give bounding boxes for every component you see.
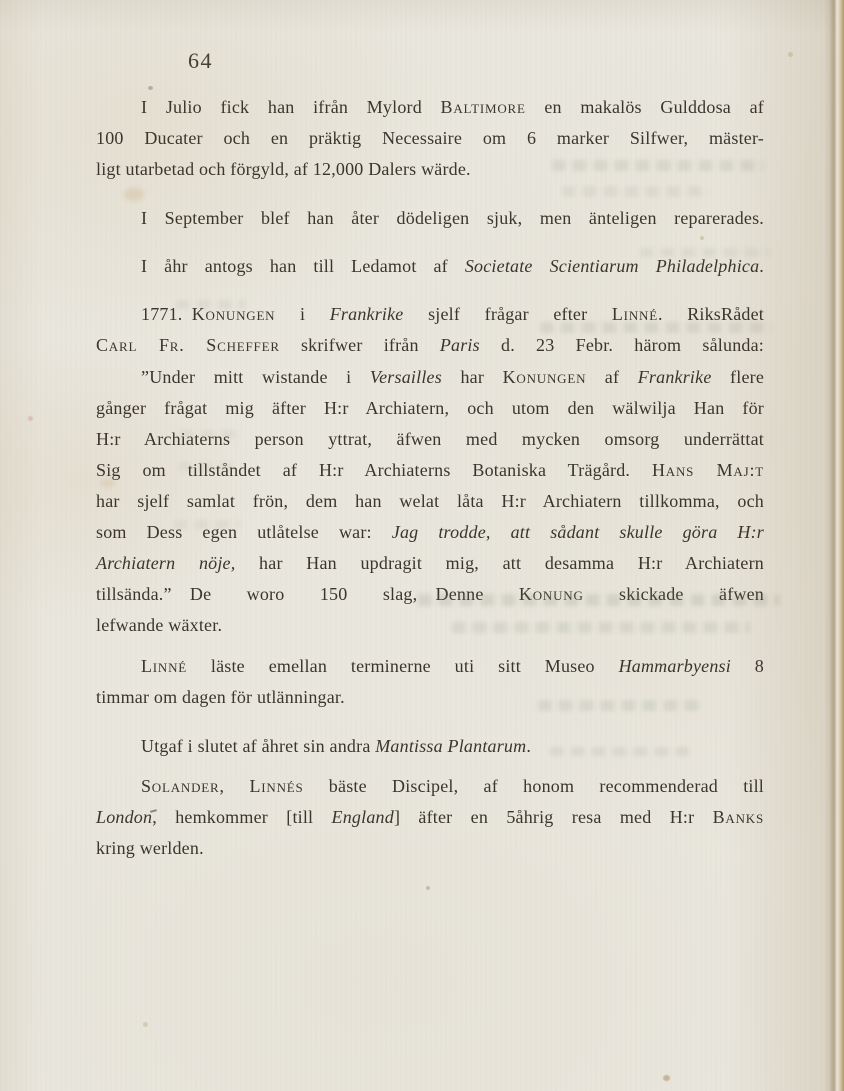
text-line: 1771. Konungen i Frankrike sjelf frågar …	[96, 299, 764, 330]
paragraph: I September blef han åter dödeligen sjuk…	[96, 203, 764, 234]
text-segment: tillsända.” De woro 150 slag, Denne	[96, 584, 519, 604]
page-number: 64	[188, 48, 213, 74]
foxing-spot	[143, 1022, 148, 1027]
text-segment: 1771.	[141, 304, 192, 324]
text-segment: Versailles	[370, 367, 442, 387]
text-segment: H:r Archiaterns person yttrat, äfwen med…	[96, 429, 764, 449]
text-segment: sjelf frågar efter	[404, 304, 612, 324]
text-segment: gånger frågat mig äfter H:r Archiatern, …	[96, 398, 764, 418]
text-segment: Societate Scientiarum Philadelphica	[465, 256, 759, 276]
text-segment: Linné	[141, 656, 187, 676]
text-segment: Baltimore	[441, 97, 526, 117]
text-line: timmar om dagen för utlänningar.	[96, 682, 764, 713]
foxing-spot	[663, 1075, 670, 1081]
text-segment: Linné	[612, 304, 658, 324]
text-line: Carl Fr. Scheffer skrifwer ifrån Paris d…	[96, 330, 764, 361]
text-segment: Hans Maj:t	[652, 460, 764, 480]
text-segment: Utgaf i slutet af åhret sin andra	[141, 736, 375, 756]
text-line: 100 Ducater och en präktig Necessaire om…	[96, 123, 764, 154]
text-line: ”Under mitt wistande i Versailles har Ko…	[96, 362, 764, 393]
text-line: H:r Archiaterns person yttrat, äfwen med…	[96, 424, 764, 455]
text-line: Solander, Linnés bäste Discipel, af hono…	[96, 771, 764, 802]
paragraph: I åhr antogs han till Ledamot af Societa…	[96, 251, 764, 282]
text-segment: , hemkommer [till	[152, 807, 331, 827]
text-segment: I Julio fick han ifrån Mylord	[141, 97, 441, 117]
text-segment: Solander	[141, 776, 220, 796]
foxing-spot	[426, 886, 430, 890]
text-line: Sig om tillståndet af H:r Archiaterns Bo…	[96, 455, 764, 486]
foxing-spot	[788, 52, 793, 57]
text-line: ligt utarbetad och förgyld, af 12,000 Da…	[96, 154, 764, 185]
text-line: har sjelf samlat frön, dem han welat låt…	[96, 486, 764, 517]
text-line: I September blef han åter dödeligen sjuk…	[96, 203, 764, 234]
paragraph: Solander, Linnés bäste Discipel, af hono…	[96, 771, 764, 864]
text-segment: Paris	[440, 335, 480, 355]
text-line: I åhr antogs han till Ledamot af Societa…	[96, 251, 764, 282]
text-line: London, hemkommer [till England] äfter e…	[96, 802, 764, 833]
text-line: Archiatern nöje, har Han updragit mig, a…	[96, 548, 764, 579]
text-segment: Hammarbyensi	[619, 656, 731, 676]
text-segment: skickade äfwen	[584, 584, 764, 604]
text-segment: läste emellan terminerne uti sitt Museo	[187, 656, 619, 676]
text-line: tillsända.” De woro 150 slag, Denne Konu…	[96, 579, 764, 610]
text-segment: 100 Ducater och en präktig Necessaire om…	[96, 128, 764, 148]
text-segment: bäste Discipel, af honom recommenderad t…	[304, 776, 764, 796]
text-segment: timmar om dagen för utlänningar.	[96, 687, 345, 707]
text-line: Linné läste emellan terminerne uti sitt …	[96, 651, 764, 682]
text-segment: Archiatern nöje,	[96, 553, 235, 573]
text-line: gånger frågat mig äfter H:r Archiatern, …	[96, 393, 764, 424]
text-segment: kring werlden.	[96, 838, 204, 858]
text-segment: Linnés	[249, 776, 303, 796]
text-segment: d. 23 Febr. härom sålunda:	[480, 335, 764, 355]
text-segment: af	[586, 367, 637, 387]
text-segment: Carl Fr. Scheffer	[96, 335, 280, 355]
text-segment: 8	[731, 656, 764, 676]
text-segment: har Han updragit mig, att desamma H:r Ar…	[235, 553, 764, 573]
text-segment: I September blef han åter dödeligen sjuk…	[141, 208, 764, 228]
text-segment: flere	[712, 367, 765, 387]
text-segment: ,	[220, 776, 250, 796]
paragraph: Linné läste emellan terminerne uti sitt …	[96, 651, 764, 713]
text-segment: London	[96, 807, 152, 827]
text-segment: ligt utarbetad och förgyld, af 12,000 Da…	[96, 159, 471, 179]
text-segment: I åhr antogs han till Ledamot af	[141, 256, 465, 276]
text-segment: Konungen	[192, 304, 276, 324]
text-segment: .	[759, 256, 764, 276]
text-segment: Jag trodde, att sådant skulle göra H:r	[392, 522, 764, 542]
text-segment: Mantissa Plantarum	[375, 736, 526, 756]
text-segment: Frankrike	[330, 304, 404, 324]
paragraph: ”Under mitt wistande i Versailles har Ko…	[96, 362, 764, 641]
text-segment: Frankrike	[638, 367, 712, 387]
text-segment: . RiksRådet	[658, 304, 764, 324]
text-line: lefwande wäxter.	[96, 610, 764, 641]
text-segment: har	[442, 367, 503, 387]
text-line: Utgaf i slutet af åhret sin andra Mantis…	[96, 731, 764, 762]
text-segment: England	[332, 807, 394, 827]
paragraph: Utgaf i slutet af åhret sin andra Mantis…	[96, 731, 764, 762]
paragraph: I Julio fick han ifrån Mylord Baltimore …	[96, 92, 764, 185]
page-edge	[824, 0, 844, 1091]
text-segment: skrifwer ifrån	[280, 335, 440, 355]
text-block: I Julio fick han ifrån Mylord Baltimore …	[96, 92, 764, 864]
text-segment: Konung	[519, 584, 584, 604]
book-page: 64 I Julio fick han ifrån Mylord Baltimo…	[0, 0, 844, 1091]
text-segment: i	[275, 304, 329, 324]
text-segment: Sig om tillståndet af H:r Archiaterns Bo…	[96, 460, 652, 480]
text-segment: .	[526, 736, 531, 756]
text-line: kring werlden.	[96, 833, 764, 864]
paragraph: 1771. Konungen i Frankrike sjelf frågar …	[96, 299, 764, 361]
text-segment: ”Under mitt wistande i	[141, 367, 370, 387]
text-segment: lefwande wäxter.	[96, 615, 222, 635]
text-segment: har sjelf samlat frön, dem han welat låt…	[96, 491, 764, 511]
text-segment: ] äfter en 5åhrig resa med H:r	[394, 807, 713, 827]
foxing-spot	[148, 86, 153, 90]
foxing-spot	[28, 416, 33, 421]
text-line: I Julio fick han ifrån Mylord Baltimore …	[96, 92, 764, 123]
text-segment: en makalös Gulddosa af	[526, 97, 764, 117]
text-segment: Banks	[713, 807, 764, 827]
text-line: som Dess egen utlåtelse war: Jag trodde,…	[96, 517, 764, 548]
text-segment: som Dess egen utlåtelse war:	[96, 522, 392, 542]
text-segment: Konungen	[503, 367, 587, 387]
